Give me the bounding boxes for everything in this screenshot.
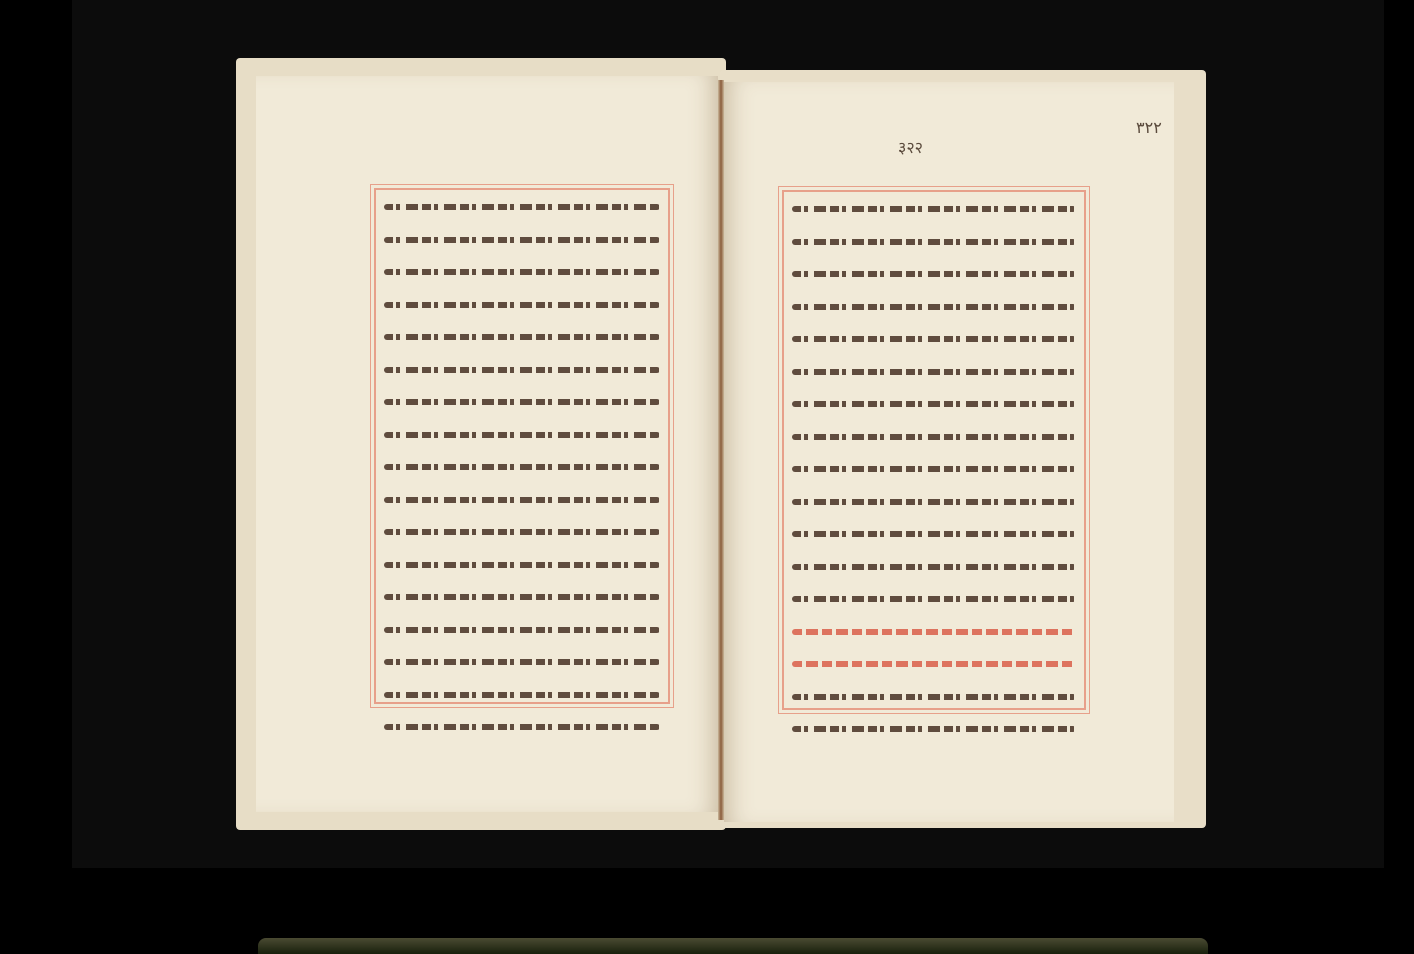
right-text-frame: [782, 190, 1086, 710]
manuscript-line: [792, 263, 1076, 286]
manuscript-line: [384, 196, 660, 219]
manuscript-line: [792, 328, 1076, 351]
manuscript-line: [792, 426, 1076, 449]
right-text-lines: [792, 198, 1076, 741]
manuscript-line: [384, 586, 660, 609]
manuscript-line: [792, 491, 1076, 514]
manuscript-line: [384, 229, 660, 252]
manuscript-line: [384, 521, 660, 544]
manuscript-line: [792, 556, 1076, 579]
manuscript-line: [792, 361, 1076, 384]
manuscript-line: [792, 588, 1076, 611]
manuscript-line: [384, 684, 660, 707]
manuscript-line: [384, 326, 660, 349]
manuscript-line: [792, 231, 1076, 254]
folio-number-arabic: ٣٢٢: [1136, 118, 1162, 137]
book-spine: [718, 80, 724, 820]
left-text-frame: [374, 188, 670, 704]
rubric-line: [792, 653, 1076, 676]
manuscript-line: [792, 296, 1076, 319]
manuscript-line: [384, 716, 660, 739]
manuscript-line: [384, 261, 660, 284]
manuscript-line: [384, 651, 660, 674]
manuscript-line: [384, 456, 660, 479]
manuscript-line: [384, 424, 660, 447]
manuscript-line: [792, 718, 1076, 741]
rubric-line: [792, 621, 1076, 644]
manuscript-line: [384, 391, 660, 414]
film-edge-strip: [258, 938, 1208, 954]
manuscript-line: [792, 198, 1076, 221]
manuscript-line: [384, 619, 660, 642]
manuscript-line: [792, 686, 1076, 709]
manuscript-line: [384, 294, 660, 317]
manuscript-line: [384, 554, 660, 577]
manuscript-line: [384, 359, 660, 382]
manuscript-line: [792, 393, 1076, 416]
manuscript-line: [792, 458, 1076, 481]
manuscript-line: [384, 489, 660, 512]
manuscript-line: [792, 523, 1076, 546]
left-text-lines: [384, 196, 660, 739]
folio-number-devanagari: ३२२: [898, 136, 923, 158]
